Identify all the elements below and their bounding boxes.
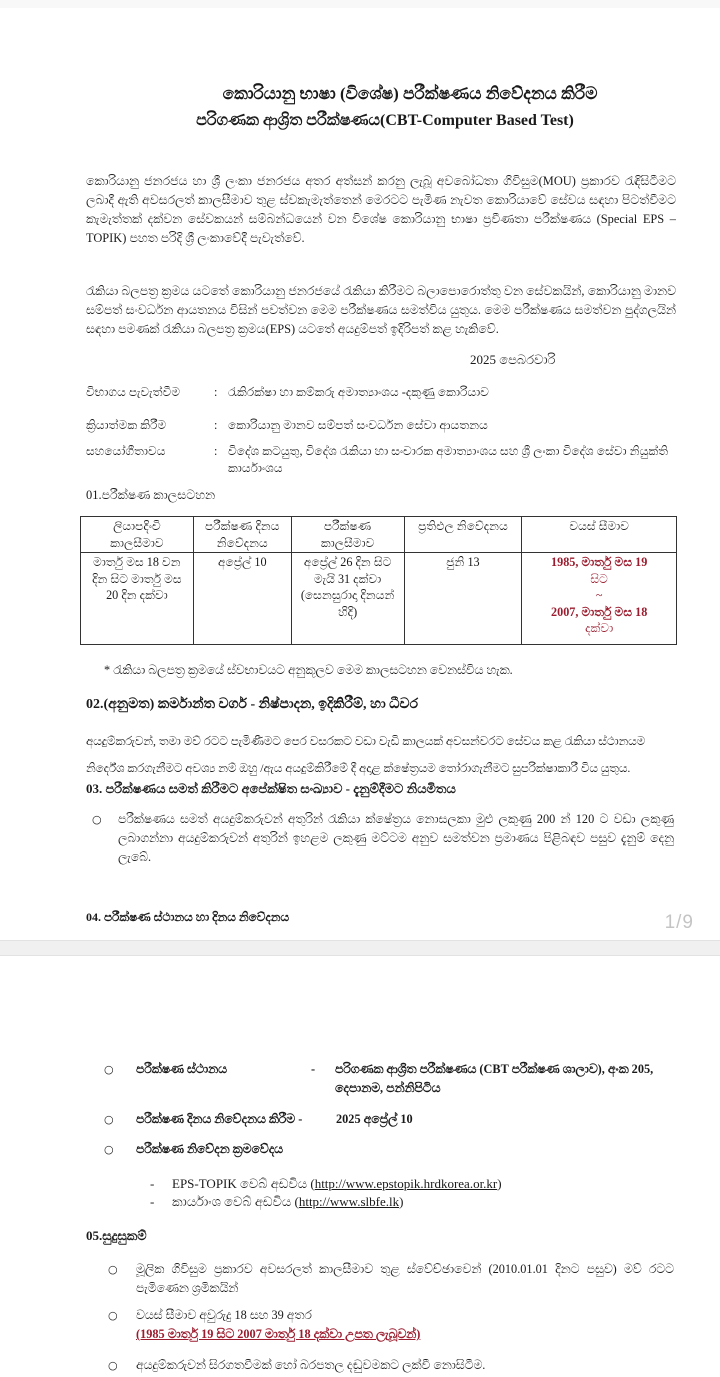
page-indicator: 1/9: [665, 912, 694, 934]
bullet-circle-icon: ○: [104, 1356, 136, 1375]
cell-results-notice: ජුනි 13: [404, 553, 522, 645]
exam-venue-label: පරීක්ෂණ ස්ථානය: [136, 1060, 311, 1098]
bullet-text: පරීක්ෂණය සමත් අයදුම්කරුවන් අතුරින් රැකිය…: [118, 810, 674, 867]
bullet-circle-icon: ○: [88, 810, 118, 867]
schedule-note: * රැකියා බලපත්‍ර ක්‍රමයේ ස්වභාවයට අනුකූල…: [104, 663, 513, 678]
org-value: කොරියානු මානව සම්පත් සංවර්ධන සේවා ආයතනය: [228, 417, 686, 434]
section-03-bullet: ○ පරීක්ෂණය සමත් අයදුම්කරුවන් අතුරින් රැක…: [118, 810, 674, 867]
bullet-circle-icon: ○: [104, 1140, 136, 1159]
section-02-body: අයදුම්කරුවන්, තමා මව් රටට පැමිණීමට පෙර ව…: [86, 728, 686, 782]
table-row: මාර්තු මස 18 වන දින සිට මාර්තු මස 20 දින…: [81, 553, 677, 645]
section-01-heading: 01.පරීක්ෂණ කාලසටහන: [86, 488, 215, 503]
org-sep: :: [214, 443, 228, 477]
exam-date-value: 2025 අප්‍රේල් 10: [336, 1110, 684, 1129]
header-exam-date-notice: පරීක්ෂණ දිනය නිවේදනය: [193, 517, 291, 553]
age-to-suffix: දක්වා: [526, 620, 672, 637]
qualification-text-block: වයස් සීමාව අවුරුදු 18 සහ 39 අතර (1985 මා…: [136, 1306, 674, 1344]
schedule-table: ලියාපදිංචි කාලසීමාව පරීක්ෂණ දිනය නිවේදනය…: [80, 516, 677, 645]
header-registration-period: ලියාපදිංචි කාලසීමාව: [81, 517, 194, 553]
exam-venue-row: ○ පරීක්ෂණ ස්ථානය - පරිගණක ආශ්‍රිත පරීක්ෂ…: [104, 1060, 684, 1098]
org-sep: :: [214, 417, 228, 434]
qualification-text: අයදුම්කරුවන් සිරගතවීමක් හෝ බරපතල දඬුවමකට…: [136, 1356, 674, 1375]
qualification-bullet: ○ වයස් සීමාව අවුරුදු 18 සහ 39 අතර (1985 …: [104, 1306, 674, 1344]
document-date: 2025 පෙබරවාරි: [470, 352, 556, 368]
link-suffix: ): [497, 1175, 501, 1193]
dash-marker: -: [150, 1193, 172, 1211]
bullet-circle-icon: ○: [104, 1306, 136, 1344]
exam-date-row: ○ පරීක්ෂණ දිනය නිවේදනය කිරීම - 2025 අප්‍…: [104, 1110, 684, 1129]
cell-exam-date-notice: අප්‍රේල් 10: [193, 553, 291, 645]
org-value: විදේශ කටයුතු, විදේශ රැකියා හා සංචාරක අමා…: [228, 443, 686, 477]
header-results-notice: ප්‍රතිඵල නිවේදනය: [404, 517, 522, 553]
qualification-bullet: ○ මූලික ගිවිසුම ප්‍රකාරව අවසරලත් කාලසීමා…: [104, 1260, 674, 1298]
exam-venue-dash: -: [311, 1060, 335, 1098]
age-from-suffix: සිට: [526, 571, 672, 588]
org-label: සහයෝගීතාවය: [86, 443, 214, 477]
qualification-bullet: ○ අයදුම්කරුවන් සිරගතවීමක් හෝ බරපතල දඬුවම…: [104, 1356, 674, 1375]
bullet-circle-icon: ○: [104, 1060, 136, 1098]
section-02-heading: 02.(අනුමත) කර්මාන්ත වර්ග - නිෂ්පාදන, ඉදි…: [86, 697, 418, 713]
notice-method-row: ○ පරීක්ෂණ නිවේදන ක්‍රමවේදය: [104, 1140, 684, 1159]
org-label: විභාගය පැවැත්වීම: [86, 384, 214, 401]
org-value: රැකිරක්ෂා හා කම්කරු අමාත්‍යාංශය -දකුණු ක…: [228, 384, 686, 401]
exam-venue-value: පරිගණක ආශ්‍රිත පරීක්ෂණය (CBT පරීක්ෂණ ශාල…: [335, 1060, 684, 1098]
exam-date-label: පරීක්ෂණ දිනය නිවේදනය කිරීම -: [136, 1110, 336, 1129]
notice-method-label: පරීක්ෂණ නිවේදන ක්‍රමවේදය: [136, 1140, 436, 1159]
link-suffix: ): [399, 1193, 403, 1211]
link-row-epstopik: - EPS-TOPIK වෙබ් අඩවිය (http://www.epsto…: [150, 1175, 502, 1193]
link-prefix: EPS-TOPIK වෙබ් අඩවිය (: [172, 1175, 315, 1193]
header-age-limit: වයස් සීමාව: [522, 517, 677, 553]
epstopik-link[interactable]: http://www.epstopik.hrdkorea.or.kr: [315, 1175, 498, 1193]
org-row-implementing: ක්‍රියාත්මක කිරීම : කොරියානු මානව සම්පත්…: [86, 417, 686, 434]
section-04-heading: 04. පරීක්ෂණ ස්ථානය හා දිනය නිවේදනය: [86, 910, 289, 925]
qualification-highlight: (1985 මාර්තු 19 සිට 2007 මාර්තු 18 දක්වා…: [136, 1325, 674, 1344]
document-subtitle: පරිගණක ආශ්‍රිත පරීක්ෂණය(CBT-Computer Bas…: [0, 112, 720, 130]
eps-paragraph: රැකියා බලපත්‍ර ක්‍රමය යටතේ කොරියානු ජනරජ…: [86, 282, 676, 339]
cell-age-limit: 1985, මාර්තු මස 19 සිට ~ 2007, මාර්තු මස…: [522, 553, 677, 645]
slbfe-link[interactable]: http://www.slbfe.lk: [299, 1193, 399, 1211]
dash-marker: -: [150, 1175, 172, 1193]
header-exam-period: පරීක්ෂණ කාලසීමාව: [291, 517, 404, 553]
link-row-slbfe: - කාර්යාංශ වෙබ් අඩවිය (http://www.slbfe.…: [150, 1193, 502, 1211]
org-label: ක්‍රියාත්මක කිරීම: [86, 417, 214, 434]
link-prefix: කාර්යාංශ වෙබ් අඩවිය (: [172, 1193, 299, 1211]
qualification-text: මූලික ගිවිසුම ප්‍රකාරව අවසරලත් කාලසීමාව …: [136, 1260, 674, 1298]
cell-exam-period: අප්‍රේල් 26 දින සිට මැයි 31 දක්වා (සෙනසු…: [291, 553, 404, 645]
org-sep: :: [214, 384, 228, 401]
cell-registration-period: මාර්තු මස 18 වන දින සිට මාර්තු මස 20 දින…: [81, 553, 194, 645]
viewer-top-strip: [0, 0, 720, 8]
age-tilde: ~: [526, 587, 672, 604]
page-separator: [0, 940, 720, 956]
section-05-heading: 05.සුදුසුකම්: [86, 1228, 147, 1244]
bullet-circle-icon: ○: [104, 1110, 136, 1129]
org-row-cooperation: සහයෝගීතාවය : විදේශ කටයුතු, විදේශ රැකියා …: [86, 443, 686, 477]
notice-links: - EPS-TOPIK වෙබ් අඩවිය (http://www.epsto…: [150, 1175, 502, 1211]
document-title: කොරියානු භාෂා (විශේෂ) පරීක්ෂණය නිවේදනය ක…: [0, 84, 720, 104]
schedule-header-row: ලියාපදිංචි කාලසීමාව පරීක්ෂණ දිනය නිවේදනය…: [81, 517, 677, 553]
intro-paragraph: කොරියානු ජනරජය හා ශ්‍රී ලංකා ජනරජය අතර අ…: [86, 172, 676, 248]
age-to: 2007, මාර්තු මස 18: [526, 604, 672, 621]
section-03-heading: 03. පරීක්ෂණය සමත් කිරීමට අපේක්ෂිත සංඛ්‍ය…: [86, 781, 456, 797]
age-from: 1985, මාර්තු මස 19: [526, 554, 672, 571]
org-row-conducting: විභාගය පැවැත්වීම : රැකිරක්ෂා හා කම්කරු අ…: [86, 384, 686, 401]
bullet-circle-icon: ○: [104, 1260, 136, 1298]
qualification-text: වයස් සීමාව අවුරුදු 18 සහ 39 අතර: [136, 1306, 674, 1325]
